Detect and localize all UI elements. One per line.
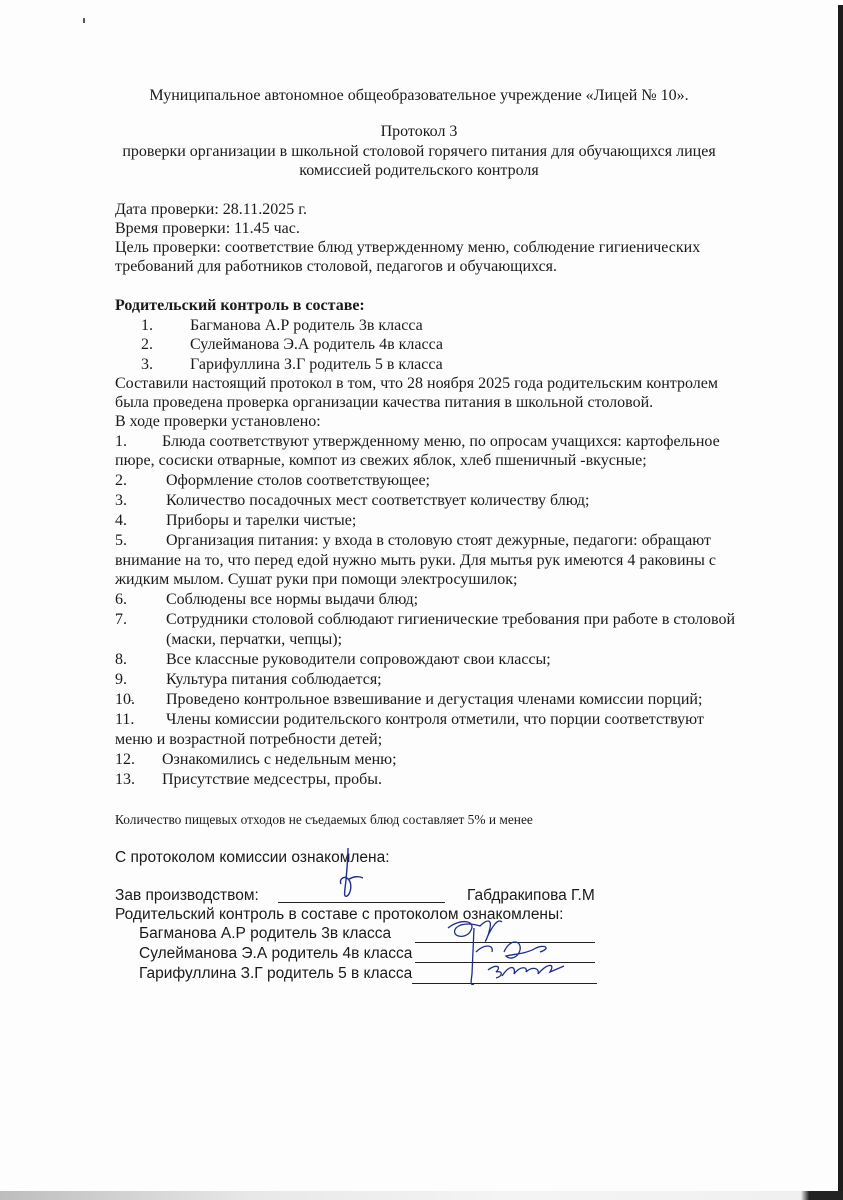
list-number: 11. <box>115 710 134 729</box>
finding-item: Культура питания соблюдается; <box>166 670 382 689</box>
list-number: 3. <box>115 491 127 510</box>
list-number: 6. <box>115 590 127 609</box>
list-number: 12. <box>115 750 135 769</box>
finding-item: внимание на то, что перед едой нужно мыт… <box>115 551 716 570</box>
scan-artifact <box>83 18 85 23</box>
finding-item: Проведено контрольное взвешивание и дегу… <box>166 690 702 709</box>
inspection-goal: требований для работников столовой, педа… <box>115 257 557 276</box>
parent-signature <box>440 914 590 999</box>
finding-item: Члены комиссии родительского контроля от… <box>166 710 704 729</box>
finding-item: Приборы и тарелки чистые; <box>166 511 356 530</box>
list-number: 1. <box>115 432 127 451</box>
parent-acknowledgement: Багманова А.Р родитель 3в класса <box>139 924 391 943</box>
finding-item: Блюда соответствуют утвержденному меню, … <box>162 432 720 451</box>
finding-item: Все классные руководители сопровождают с… <box>166 650 551 669</box>
manager-signature <box>335 846 375 911</box>
finding-item: Присутствие медсестры, пробы. <box>162 770 382 789</box>
list-number: 9. <box>115 670 127 689</box>
list-number: 1. <box>141 316 153 335</box>
inspection-time: Время проверки: 11.45 час. <box>115 219 300 238</box>
list-number: 10. <box>115 690 135 709</box>
finding-item: Организация питания: у входа в столовую … <box>166 531 711 550</box>
finding-item: Оформление столов соответствующее; <box>166 471 430 490</box>
waste-note: Количество пищевых отходов не съедаемых … <box>115 810 533 829</box>
list-number: 2. <box>115 471 127 490</box>
finding-item: Ознакомились с недельным меню; <box>162 750 397 769</box>
scanner-edge <box>0 1191 843 1200</box>
manager-name: Габдракипова Г.М <box>467 886 595 905</box>
finding-item: жидким мылом. Сушат руки при помощи элек… <box>115 570 517 589</box>
finding-item: (маски, перчатки, чепцы); <box>166 630 342 649</box>
intro-text: Составили настоящий протокол в том, что … <box>115 374 718 393</box>
protocol-subtitle: проверки организации в школьной столовой… <box>0 142 838 161</box>
list-number: 4. <box>115 511 127 530</box>
document-page: Муниципальное автономное общеобразовател… <box>0 0 838 1195</box>
list-number: 2. <box>141 335 153 354</box>
parent-acknowledgement: Гарифуллина З.Г родитель 5 в класса <box>139 964 412 983</box>
finding-item: Количество посадочных мест соответствует… <box>166 491 589 510</box>
scanner-edge <box>838 5 843 1200</box>
protocol-title: Протокол 3 <box>0 122 838 141</box>
institution-name: Муниципальное автономное общеобразовател… <box>0 86 838 105</box>
finding-item: меню и возрастной потребности детей; <box>115 730 382 749</box>
finding-item: пюре, сосиски отварные, компот из свежих… <box>115 451 647 470</box>
intro-text: В ходе проверки установлено: <box>115 412 321 431</box>
committee-member: Гарифуллина З.Г родитель 5 в класса <box>190 355 443 374</box>
intro-text: была проведена проверка организации каче… <box>115 393 653 412</box>
inspection-date: Дата проверки: 28.11.2025 г. <box>115 200 307 219</box>
manager-label: Зав производством: <box>115 886 259 905</box>
list-number: 13. <box>115 770 135 789</box>
committee-member: Сулейманова Э.А родитель 4в класса <box>190 335 443 354</box>
protocol-subtitle: комиссией родительского контроля <box>0 161 838 180</box>
committee-member: Багманова А.Р родитель 3в класса <box>190 316 423 335</box>
committee-heading: Родительский контроль в составе: <box>115 296 365 315</box>
list-number: 7. <box>115 610 127 629</box>
list-number: 8. <box>115 650 127 669</box>
finding-item: Сотрудники столовой соблюдают гигиеничес… <box>166 610 735 629</box>
list-number: 3. <box>141 355 153 374</box>
list-number: 5. <box>115 531 127 550</box>
finding-item: Соблюдены все нормы выдачи блюд; <box>166 590 418 609</box>
parent-acknowledgement: Сулейманова Э.А родитель 4в класса <box>139 944 412 963</box>
inspection-goal: Цель проверки: соответствие блюд утвержд… <box>115 238 700 257</box>
